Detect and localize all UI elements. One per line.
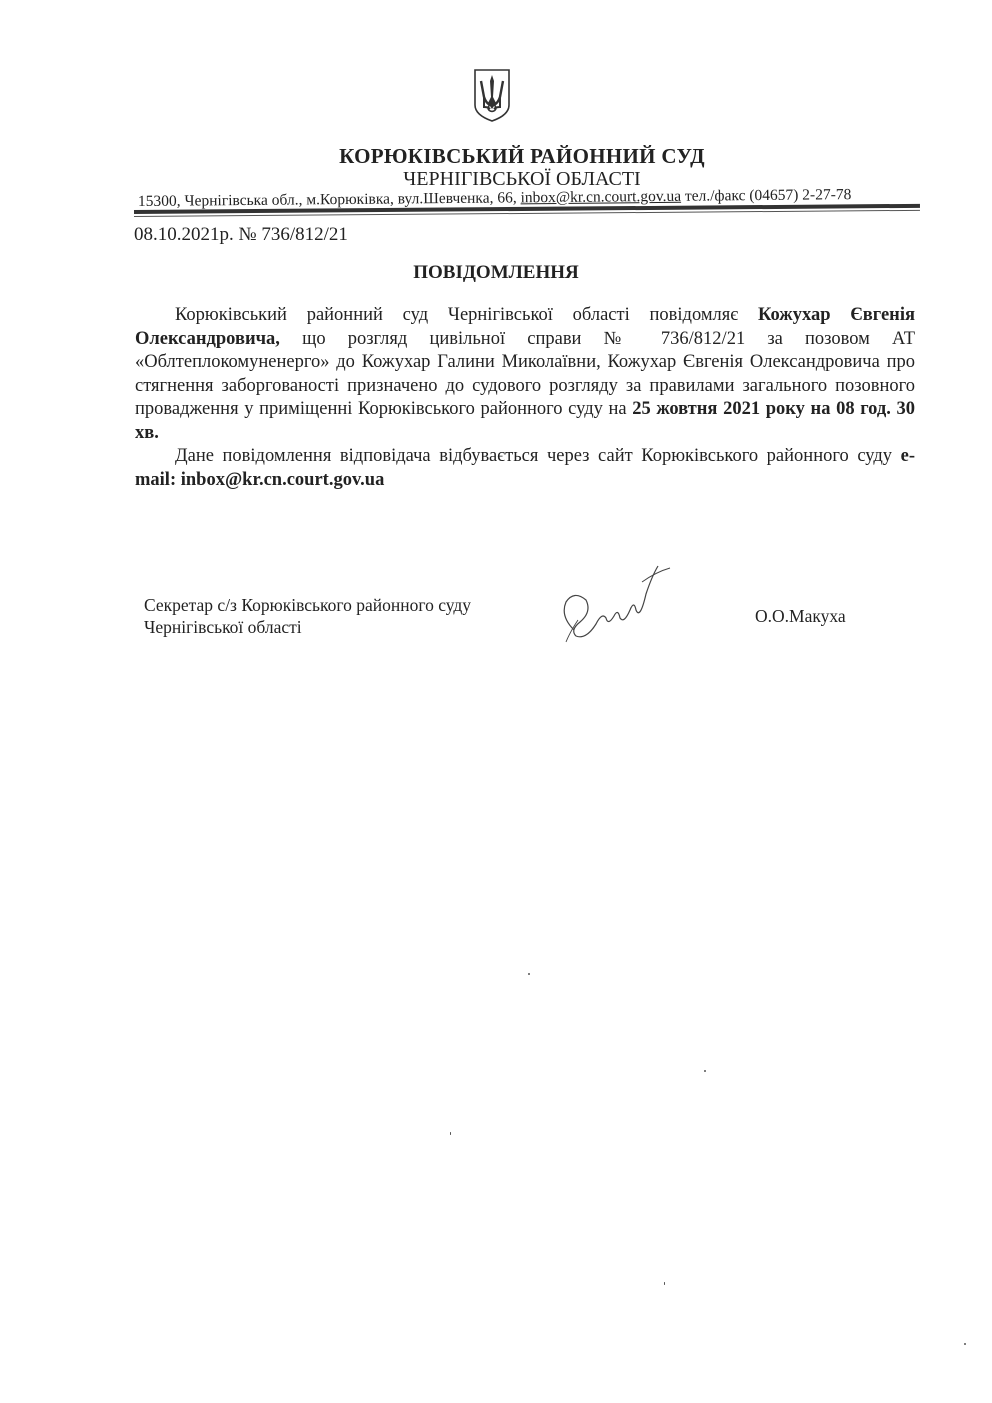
signatory-role: Секретар с/з Корюківського районного суд… [144,594,471,638]
scan-speck [528,973,530,975]
phone-fax: тел./факс (04657) 2-27-78 [681,186,851,205]
coat-of-arms-icon [472,67,512,123]
paragraph-text: Дане повідомлення відповідача відбуваєть… [175,446,901,466]
scan-speck [664,1282,665,1285]
scan-speck [964,1343,966,1345]
notice-paragraph-2: Дане повідомлення відповідача відбуваєть… [135,445,915,492]
scan-speck [704,1070,706,1072]
paragraph-text: Корюківський районний суд Чернігівської … [175,305,758,325]
date-and-case-number: 08.10.2021р. № 736/812/21 [134,224,348,246]
role-line-1: Секретар с/з Корюківського районного суд… [144,594,471,616]
handwritten-signature-icon [556,560,676,644]
notice-paragraph-1: Корюківський районний суд Чернігівської … [135,304,915,445]
signer-name: О.О.Макуха [755,606,846,627]
court-name: КОРЮКІВСЬКИЙ РАЙОННИЙ СУД [0,144,992,169]
role-line-2: Чернігівської області [144,616,471,638]
scan-speck [450,1132,451,1135]
document-title: ПОВІДОМЛЕННЯ [0,262,992,284]
notice-body: Корюківський районний суд Чернігівської … [135,304,915,492]
court-email-link[interactable]: inbox@kr.cn.court.gov.ua [520,188,681,207]
